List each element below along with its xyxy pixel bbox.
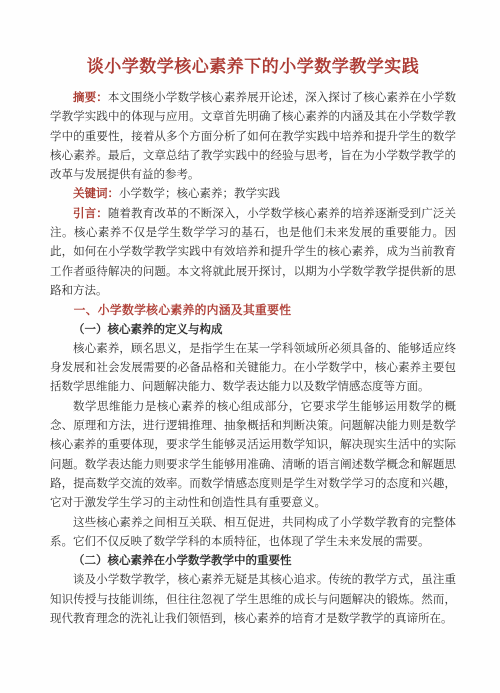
introduction-text: 随着教育改革的不断深入，小学数学核心素养的培养逐渐受到广泛关注。核心素养不仅是学… <box>50 208 456 297</box>
abstract-paragraph: 摘要：本文围绕小学数学核心素养展开论述，深入探讨了核心素养在小学数学教学实践中的… <box>50 89 456 185</box>
document-page: 谈小学数学核心素养下的小学数学教学实践 摘要：本文围绕小学数学核心素养展开论述，… <box>0 0 500 693</box>
keywords-label: 关键词： <box>73 188 119 200</box>
section-1-1-paragraph-1: 核心素养，顾名思义，是指学生在某一学科领域所必须具备的、能够适应终身发展和社会发… <box>50 340 456 398</box>
section-1-1-heading: （一）核心素养的定义与构成 <box>50 321 456 340</box>
introduction-label: 引言： <box>73 208 108 220</box>
introduction-paragraph: 引言：随着教育改革的不断深入，小学数学核心素养的培养逐渐受到广泛关注。核心素养不… <box>50 205 456 301</box>
section-1-2-heading: （二）核心素养在小学数学教学中的重要性 <box>50 552 456 571</box>
section-1-heading: 一、小学数学核心素养的内涵及其重要性 <box>50 301 456 320</box>
keywords-text: 小学数学；核心素养；教学实践 <box>119 188 280 200</box>
abstract-label: 摘要： <box>73 92 108 104</box>
abstract-text: 本文围绕小学数学核心素养展开论述，深入探讨了核心素养在小学数学教学实践中的体现与… <box>50 92 456 181</box>
keywords-paragraph: 关键词：小学数学；核心素养；教学实践 <box>50 185 456 204</box>
page-title: 谈小学数学核心素养下的小学数学教学实践 <box>50 54 456 80</box>
section-1-2-paragraph-1: 谈及小学数学教学，核心素养无疑是其核心追求。传统的教学方式，虽注重知识传授与技能… <box>50 571 456 629</box>
section-1-1-paragraph-2: 数学思维能力是核心素养的核心组成部分，它要求学生能够运用数学的概念、原理和方法，… <box>50 398 456 514</box>
document-content: 谈小学数学核心素养下的小学数学教学实践 摘要：本文围绕小学数学核心素养展开论述，… <box>50 54 456 629</box>
section-1-1-paragraph-3: 这些核心素养之间相互关联、相互促进，共同构成了小学数学教育的完整体系。它们不仅反… <box>50 514 456 553</box>
